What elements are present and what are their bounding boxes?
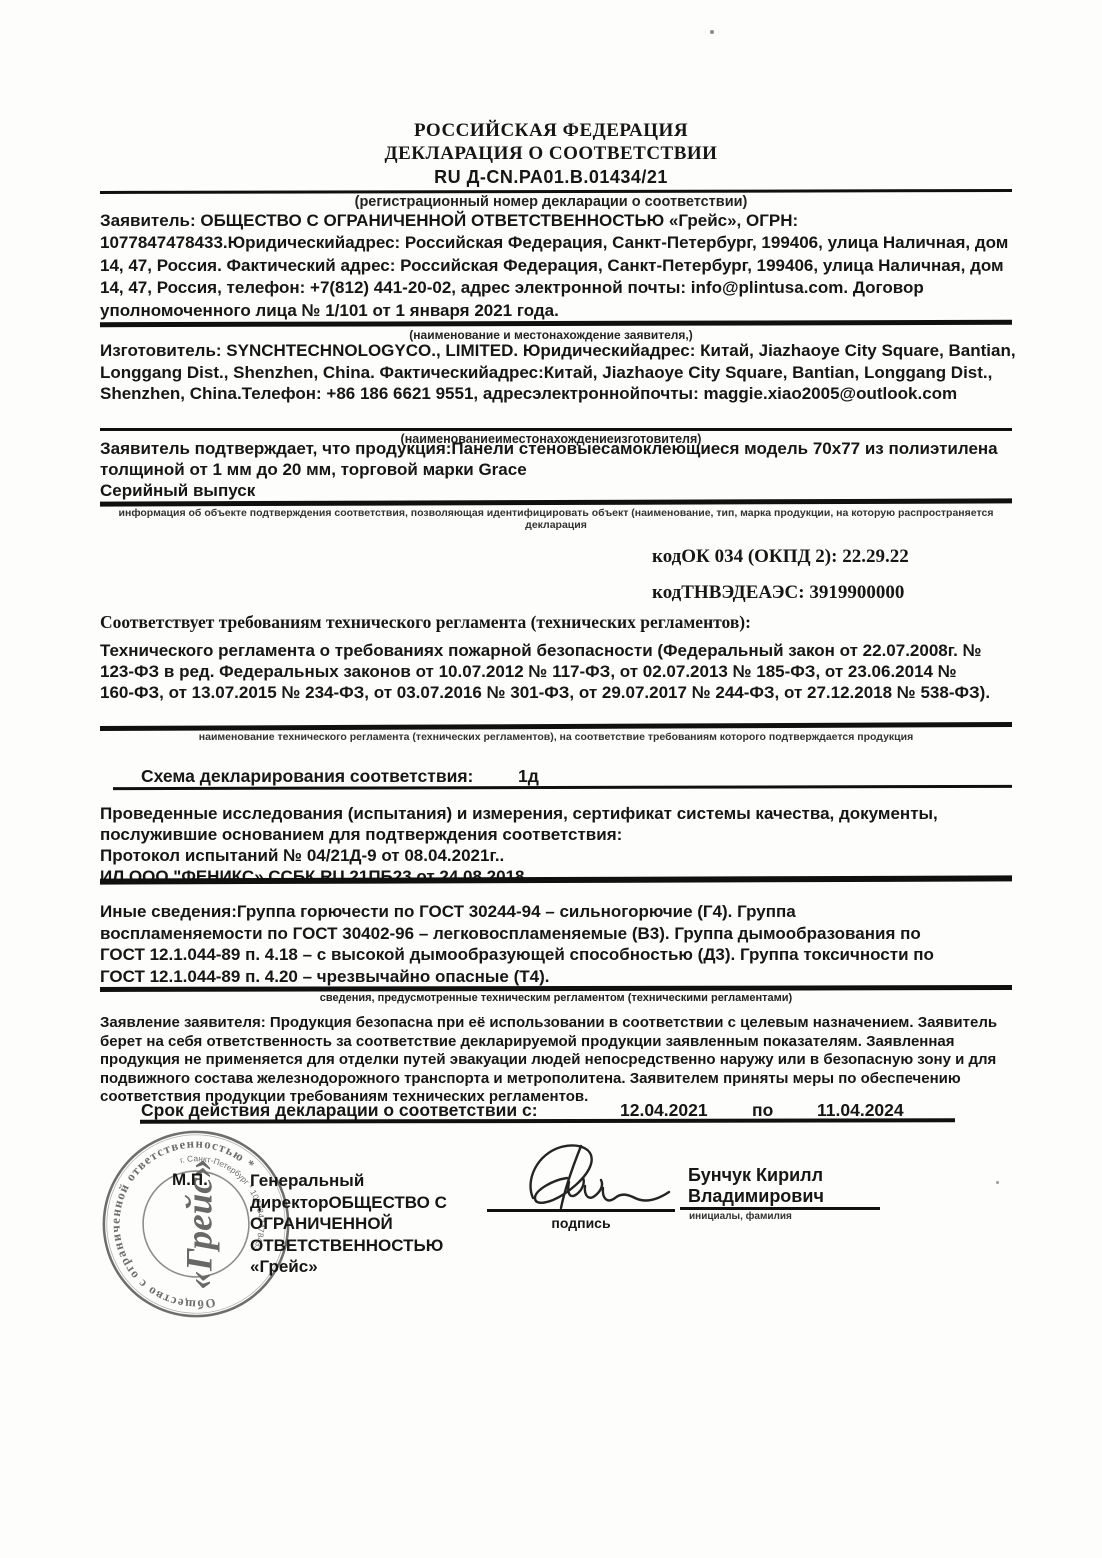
name-caption: инициалы, фамилия <box>689 1211 792 1222</box>
regulation-caption: наименование технического регламента (те… <box>90 731 1022 743</box>
other-info-paragraph: Иные сведения:Группа горючести по ГОСТ 3… <box>100 901 962 987</box>
divider-bar <box>140 1118 955 1123</box>
applicant-statement: Заявление заявителя: Продукция безопасна… <box>100 1014 1030 1107</box>
product-description: Заявитель подтверждает, что продукция:Па… <box>100 438 1018 480</box>
scan-speck <box>996 1181 999 1184</box>
evidence-protocol: Протокол испытаний № 04/21Д-9 от 08.04.2… <box>100 845 1018 866</box>
evidence-intro: Проведенные исследования (испытания) и и… <box>100 803 1018 845</box>
header-country: РОССИЙСКАЯ ФЕДЕРАЦИЯ <box>0 120 1102 142</box>
name-underline <box>680 1207 880 1210</box>
divider-bar <box>100 722 1012 731</box>
manufacturer-paragraph: Изготовитель: SYNCHTECHNOLOGYCO., LIMITE… <box>100 340 1018 405</box>
divider-bar <box>100 428 1012 431</box>
scheme-label: Схема декларирования соответствия: <box>141 766 473 787</box>
divider-bar <box>100 320 1012 327</box>
divider-bar <box>100 985 1012 992</box>
registration-number: RU Д-CN.РА01.В.01434/21 <box>0 167 1102 188</box>
signature-underline <box>487 1209 675 1212</box>
evidence-paragraph: Проведенные исследования (испытания) и и… <box>100 803 1018 887</box>
signer-position: Генеральный директорОБЩЕСТВО С ОГРАНИЧЕН… <box>250 1170 492 1278</box>
other-info-caption: сведения, предусмотренные техническим ре… <box>90 992 1022 1004</box>
product-paragraph: Заявитель подтверждает, что продукция:Па… <box>100 438 1018 502</box>
signature-caption: подпись <box>487 1215 675 1231</box>
tnved-code: кодТНВЭДЕАЭС: 3919900000 <box>652 582 904 604</box>
product-caption: информация об объекте подтверждения соот… <box>90 507 1022 531</box>
scheme-value: 1д <box>518 766 539 787</box>
scan-speck <box>710 30 714 34</box>
validity-label: Срок действия декларации о соответствии … <box>141 1100 538 1121</box>
signature-scribble-icon <box>523 1142 673 1214</box>
signer-name: Бунчук Кирилл Владимирович <box>688 1165 923 1207</box>
compliance-intro: Соответствует требованиям технического р… <box>100 612 1018 633</box>
page-title: ДЕКЛАРАЦИЯ О СООТВЕТСТВИИ <box>0 143 1102 165</box>
okpd-code: кодОК 034 (ОКПД 2): 22.29.22 <box>652 546 909 568</box>
declaration-document: РОССИЙСКАЯ ФЕДЕРАЦИЯ ДЕКЛАРАЦИЯ О СООТВЕ… <box>0 0 1102 1558</box>
registration-number-caption: (регистрационный номер декларации о соот… <box>0 194 1102 210</box>
applicant-paragraph: Заявитель: ОБЩЕСТВО С ОГРАНИЧЕННОЙ ОТВЕТ… <box>100 210 1018 322</box>
seal-mark: М.П. <box>172 1170 208 1190</box>
regulation-paragraph: Технического регламента о требованиях по… <box>100 640 995 703</box>
